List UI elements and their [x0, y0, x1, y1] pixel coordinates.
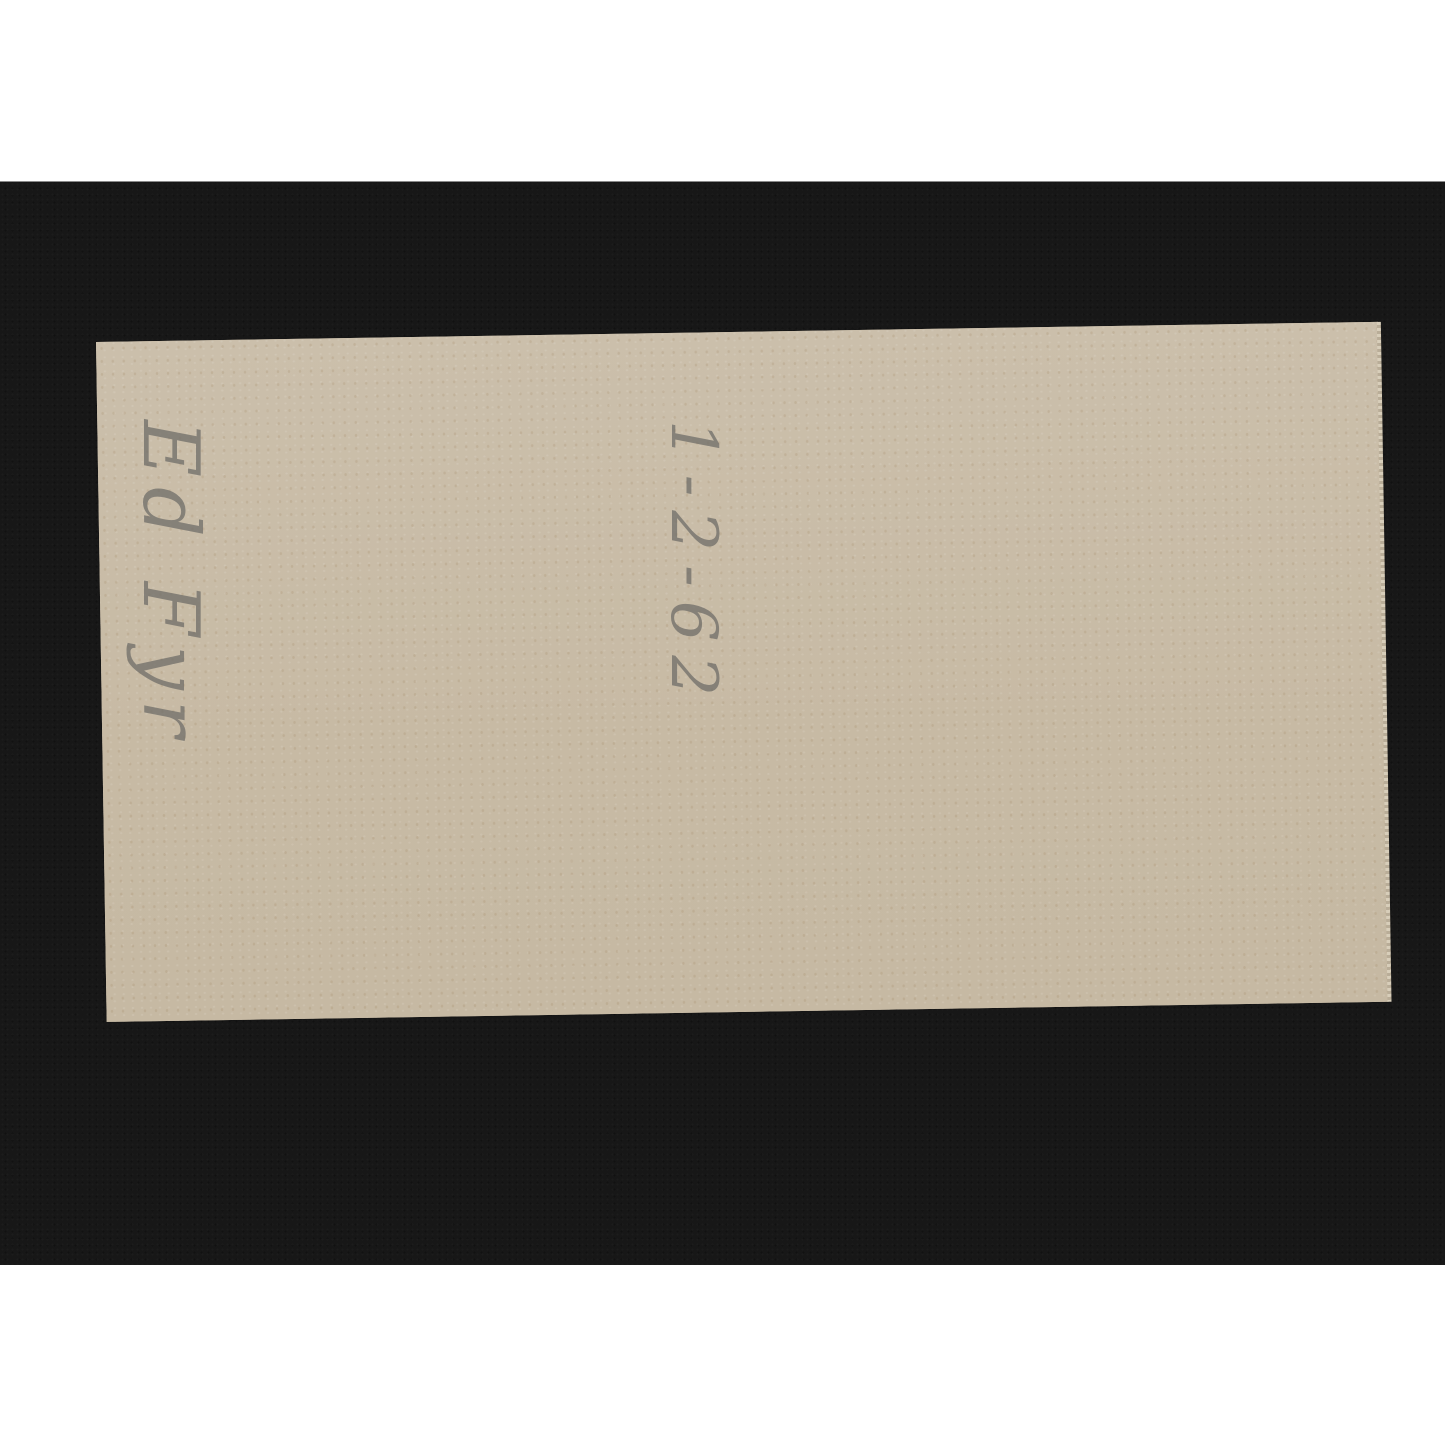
paper-card [96, 322, 1389, 1022]
handwritten-signature: Ed Fyr [125, 420, 215, 747]
handwritten-date: 1-2-62 [656, 420, 730, 710]
